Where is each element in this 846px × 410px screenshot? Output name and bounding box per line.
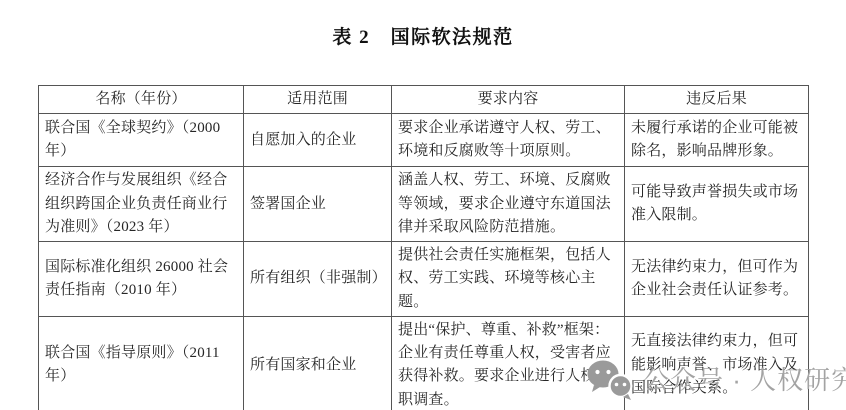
wechat-icon bbox=[586, 359, 638, 401]
table-row: 经济合作与发展组织《经合组织跨国企业负责任商业行为准则》（2023 年） 签署国… bbox=[39, 167, 809, 242]
cell-requirements: 涵盖人权、劳工、环境、反腐败等领域，要求企业遵守东道国法律并采取风险防范措施。 bbox=[392, 167, 625, 242]
cell-scope: 所有国家和企业 bbox=[244, 316, 392, 410]
cell-scope: 所有组织（非强制） bbox=[244, 242, 392, 317]
table-header-row: 名称（年份） 适用范围 要求内容 违反后果 bbox=[39, 86, 809, 114]
cell-name: 经济合作与发展组织《经合组织跨国企业负责任商业行为准则》（2023 年） bbox=[39, 167, 244, 242]
cell-scope: 签署国企业 bbox=[244, 167, 392, 242]
cell-scope: 自愿加入的企业 bbox=[244, 114, 392, 167]
cell-requirements: 要求企业承诺遵守人权、劳工、环境和反腐败等十项原则。 bbox=[392, 114, 625, 167]
header-name: 名称（年份） bbox=[39, 86, 244, 114]
watermark-text: 公众号 · 人权研究 bbox=[643, 367, 846, 393]
header-requirements: 要求内容 bbox=[392, 86, 625, 114]
page-title: 表 2 国际软法规范 bbox=[0, 22, 846, 49]
cell-name: 国际标准化组织 26000 社会责任指南（2010 年） bbox=[39, 242, 244, 317]
header-scope: 适用范围 bbox=[244, 86, 392, 114]
cell-consequences: 无法律约束力，但可作为企业社会责任认证参考。 bbox=[625, 242, 809, 317]
cell-requirements: 提供社会责任实施框架，包括人权、劳工实践、环境等核心主题。 bbox=[392, 242, 625, 317]
header-consequences: 违反后果 bbox=[625, 86, 809, 114]
cell-consequences: 可能导致声誉损失或市场准入限制。 bbox=[625, 167, 809, 242]
table-row: 国际标准化组织 26000 社会责任指南（2010 年） 所有组织（非强制） 提… bbox=[39, 242, 809, 317]
cell-name: 联合国《全球契约》（2000 年） bbox=[39, 114, 244, 167]
cell-name: 联合国《指导原则》（2011 年） bbox=[39, 316, 244, 410]
table-row: 联合国《全球契约》（2000 年） 自愿加入的企业 要求企业承诺遵守人权、劳工、… bbox=[39, 114, 809, 167]
watermark: 公众号 · 人权研究 bbox=[586, 359, 846, 401]
cell-consequences: 未履行承诺的企业可能被除名，影响品牌形象。 bbox=[625, 114, 809, 167]
